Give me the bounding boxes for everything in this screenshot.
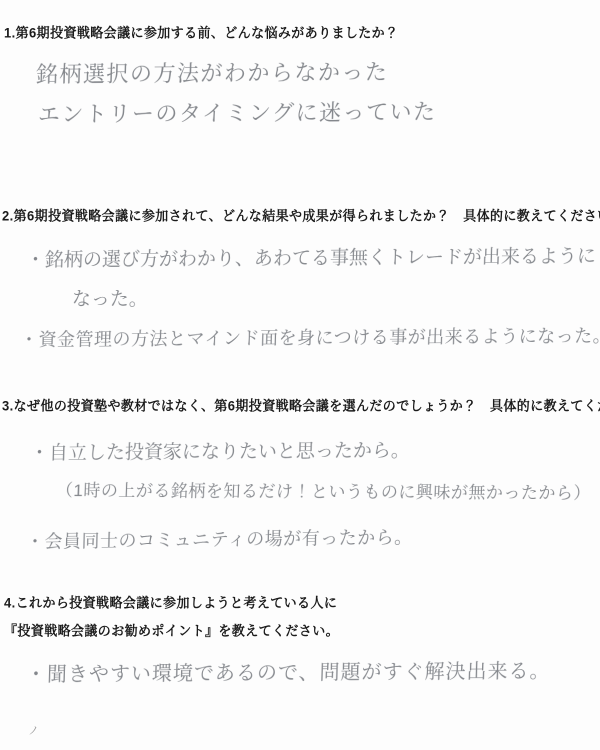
question-2-text: 2.第6期投資戦略会議に参加されて、どんな結果や成果が得られましたか？ 具体的に… bbox=[2, 205, 600, 225]
answer-2-line-2: なった。 bbox=[72, 284, 149, 311]
answer-3-line-3: ・会員同士のコミュニティの場が有ったから。 bbox=[26, 523, 413, 554]
scanned-survey-sheet: 1.第6期投資戦略会議に参加する前、どんな悩みがありましたか？ 銘柄選択の方法が… bbox=[0, 0, 600, 750]
answer-1-line-1: 銘柄選択の方法がわからなかった bbox=[36, 56, 389, 89]
question-1-text: 1.第6期投資戦略会議に参加する前、どんな悩みがありましたか？ bbox=[4, 22, 398, 42]
answer-2-line-3: ・資金管理の方法とマインド面を身につける事が出来るようになった。 bbox=[20, 322, 600, 352]
answer-4-line-1: ・聞きやすい環境であるので、問題がすぐ解決出来る。 bbox=[26, 654, 551, 687]
answer-2-line-1: ・銘柄の選び方がわかり、あわてる事無くトレードが出来るように bbox=[26, 241, 597, 272]
question-4-text-line-1: 4.これから投資戦略会議に参加しようと考えている人に bbox=[4, 592, 337, 612]
question-3-text: 3.なぜ他の投資塾や教材ではなく、第6期投資戦略会議を選んだのでしょうか？ 具体… bbox=[2, 395, 600, 415]
answer-3-line-1: ・自立した投資家になりたいと思ったから。 bbox=[30, 435, 411, 465]
answer-3-line-2: （1時の上がる銘柄を知るだけ！というものに興味が無かったから） bbox=[55, 476, 591, 504]
stray-pencil-mark: ノ bbox=[28, 722, 39, 738]
question-4-text-line-2: 『投資戦略会議のお勧めポイント』を教えてください。 bbox=[4, 620, 339, 640]
answer-1-line-2: エントリーのタイミングに迷っていた bbox=[38, 95, 437, 129]
